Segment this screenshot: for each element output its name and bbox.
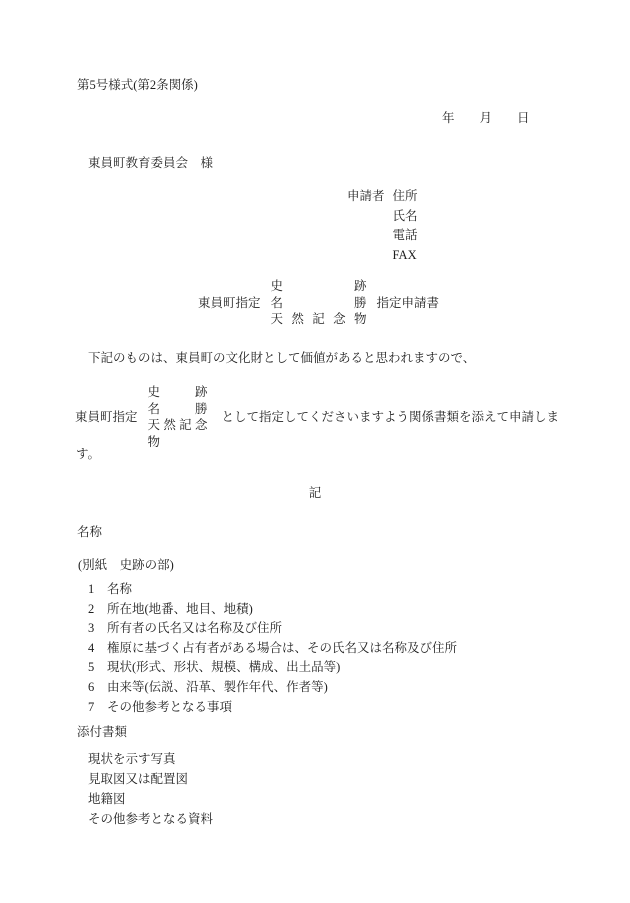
- request-continuation: す。: [76, 446, 100, 462]
- appendix-item: 7 その他参考となる事項: [88, 698, 457, 718]
- applicant-label: 申請者: [347, 187, 385, 266]
- request-category-stack: 史跡 名勝 天然記念物: [148, 384, 208, 450]
- attachment-item: 見取図又は配置図: [88, 769, 213, 789]
- appendix-item: 5 現状(形式、形状、規模、構成、出土品等): [88, 658, 457, 678]
- applicant-field-address: 住所: [393, 187, 418, 207]
- attachment-item: 現状を示す写真: [88, 749, 213, 769]
- designation-prefix: 東員町指定: [198, 295, 261, 312]
- designation-title-block: 東員町指定 史跡 名勝 天然記念物 指定申請書: [198, 278, 439, 328]
- appendix-item: 2 所在地(地番、地目、地積): [88, 600, 457, 620]
- attachments-list: 現状を示す写真 見取図又は配置図 地籍図 その他参考となる資料: [88, 749, 213, 829]
- applicant-section: 申請者 住所 氏名 電話 FAX: [347, 187, 418, 266]
- record-heading: 記: [0, 485, 630, 501]
- applicant-field-name: 氏名: [393, 207, 418, 227]
- appendix-item: 4 権原に基づく占有者がある場合は、その氏名又は名称及び住所: [88, 639, 457, 659]
- addressee: 東員町教育委員会 様: [88, 155, 213, 171]
- intro-paragraph: 下記のものは、東員町の文化財として価値があると思われますので、: [88, 350, 475, 366]
- appendix-item: 3 所有者の氏名又は名称及び住所: [88, 619, 457, 639]
- request-suffix: として指定してくださいますよう関係書類を添えて申請しま: [222, 409, 560, 426]
- item-number: 5: [88, 658, 101, 678]
- category-historic-site: 史跡: [271, 278, 367, 295]
- appendix-item: 6 由来等(伝説、沿革、製作年代、作者等): [88, 678, 457, 698]
- item-text: 所在地(地番、地目、地積): [107, 600, 253, 620]
- item-number: 2: [88, 600, 101, 620]
- applicant-field-fax: FAX: [393, 246, 418, 266]
- designation-title-suffix: 指定申請書: [377, 295, 440, 312]
- item-number: 6: [88, 678, 101, 698]
- item-number: 3: [88, 619, 101, 639]
- applicant-field-phone: 電話: [393, 226, 418, 246]
- appendix-heading: (別紙 史跡の部): [78, 557, 174, 573]
- request-prefix: 東員町指定: [75, 409, 138, 426]
- attachment-item: 地籍図: [88, 789, 213, 809]
- appendix-list: 1 名称 2 所在地(地番、地目、地積) 3 所有者の氏名又は名称及び住所 4 …: [88, 580, 457, 717]
- category-natural-monument: 天然記念物: [148, 417, 208, 450]
- designation-category-stack: 史跡 名勝 天然記念物: [271, 278, 367, 328]
- item-text: 現状(形式、形状、規模、構成、出土品等): [107, 658, 340, 678]
- item-text: 由来等(伝説、沿革、製作年代、作者等): [107, 678, 328, 698]
- date-placeholder: 年 月 日: [442, 110, 530, 126]
- item-text: 名称: [107, 580, 132, 600]
- applicant-fields: 住所 氏名 電話 FAX: [393, 187, 418, 266]
- attachment-item: その他参考となる資料: [88, 809, 213, 829]
- item-number: 7: [88, 698, 101, 718]
- appendix-item: 1 名称: [88, 580, 457, 600]
- category-scenic-spot: 名勝: [148, 401, 208, 418]
- category-historic-site: 史跡: [148, 384, 208, 401]
- request-block: 東員町指定 史跡 名勝 天然記念物 として指定してくださいますよう関係書類を添え…: [75, 384, 559, 450]
- category-scenic-spot: 名勝: [271, 295, 367, 312]
- form-number: 第5号様式(第2条関係): [77, 77, 198, 93]
- item-number: 1: [88, 580, 101, 600]
- category-natural-monument: 天然記念物: [271, 311, 367, 328]
- item-text: 所有者の氏名又は名称及び住所: [107, 619, 282, 639]
- item-number: 4: [88, 639, 101, 659]
- application-form-page: 第5号様式(第2条関係) 年 月 日 東員町教育委員会 様 申請者 住所 氏名 …: [0, 0, 630, 903]
- item-text: 権原に基づく占有者がある場合は、その氏名又は名称及び住所: [107, 639, 457, 659]
- item-text: その他参考となる事項: [107, 698, 232, 718]
- name-field-label: 名称: [77, 524, 102, 540]
- attachments-heading: 添付書類: [77, 724, 127, 740]
